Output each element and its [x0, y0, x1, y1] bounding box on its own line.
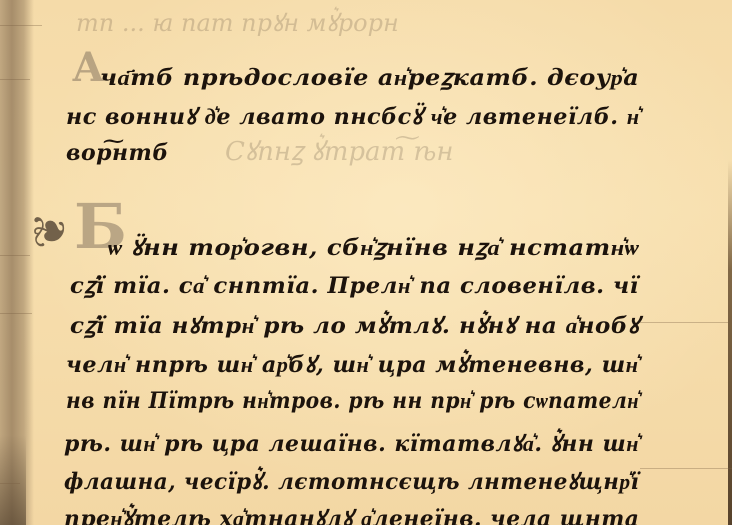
- heading-line-2: нс вонниꙋ д͛е лвато пнсбсꙋ̈ ч͛е лвтенеїл…: [66, 101, 640, 131]
- body-line-1: ѡ ꙋ̈нн тор͛огвн, сбн͛ꙁнїнв нꙁа͛ нстатн͛ѡ: [108, 232, 639, 262]
- body-line-4: челн͛ нпрѣ шн͛ ар͛бꙋ, шн͛ цра мꙋ͛теневнв…: [66, 349, 639, 379]
- body-line-2: сꙁ͛ї тїа. са͛ снптїа. Прелн͛ па словенїл…: [70, 270, 639, 300]
- body-line-5: нв пїн Пїтрѣ нн͛тров. рѣ нн прн͛ рѣ сѡпа…: [66, 388, 639, 414]
- ruling-line: [640, 322, 732, 323]
- heading-line-1: ча҃тб прѣдословїе ан͛реꙁкатб. дєоур͛а: [100, 62, 639, 92]
- body-line-8: прен͛ꙋ͛телѣ ха͛тнанꙋлꙋ а͛ленеїнв. чела щ…: [64, 503, 639, 525]
- ruling-line: [0, 25, 42, 26]
- body-line-3: сꙁ͛ї тїа нꙋтрн͛ рѣ ло мꙋ͛тлꙋ. нꙋ͛нꙋ на а…: [70, 310, 639, 340]
- ruling-line: [640, 468, 732, 469]
- ruling-line: [0, 313, 32, 314]
- heading-line-3: вор͠нтб: [66, 140, 169, 166]
- page-right-edge: [728, 160, 732, 525]
- manuscript-page: тп ... ꙗ пат прꙋн мꙋ͛рорн Сꙋпнꙁ ꙋ͛трат͠ …: [0, 0, 732, 525]
- ornament-flourish-icon: ❦: [25, 212, 76, 249]
- ruling-line: [0, 255, 30, 256]
- ruling-line: [0, 79, 30, 80]
- bleed-through-top: тп ... ꙗ пат прꙋн мꙋ͛рорн: [76, 6, 399, 39]
- bleed-through-line3: Сꙋпнꙁ ꙋ͛трат͠ ѣн: [225, 132, 453, 168]
- body-line-6: рѣ. шн͛ рѣ цра лешаїнв. кїтатвлꙋа͛. ꙋ͛нн…: [64, 428, 639, 458]
- body-line-7: флашна, чесїрꙋ͛. лєтотнсєщѣ лнтенеꙋщнр͛ї: [64, 466, 639, 496]
- ruling-line: [0, 483, 20, 484]
